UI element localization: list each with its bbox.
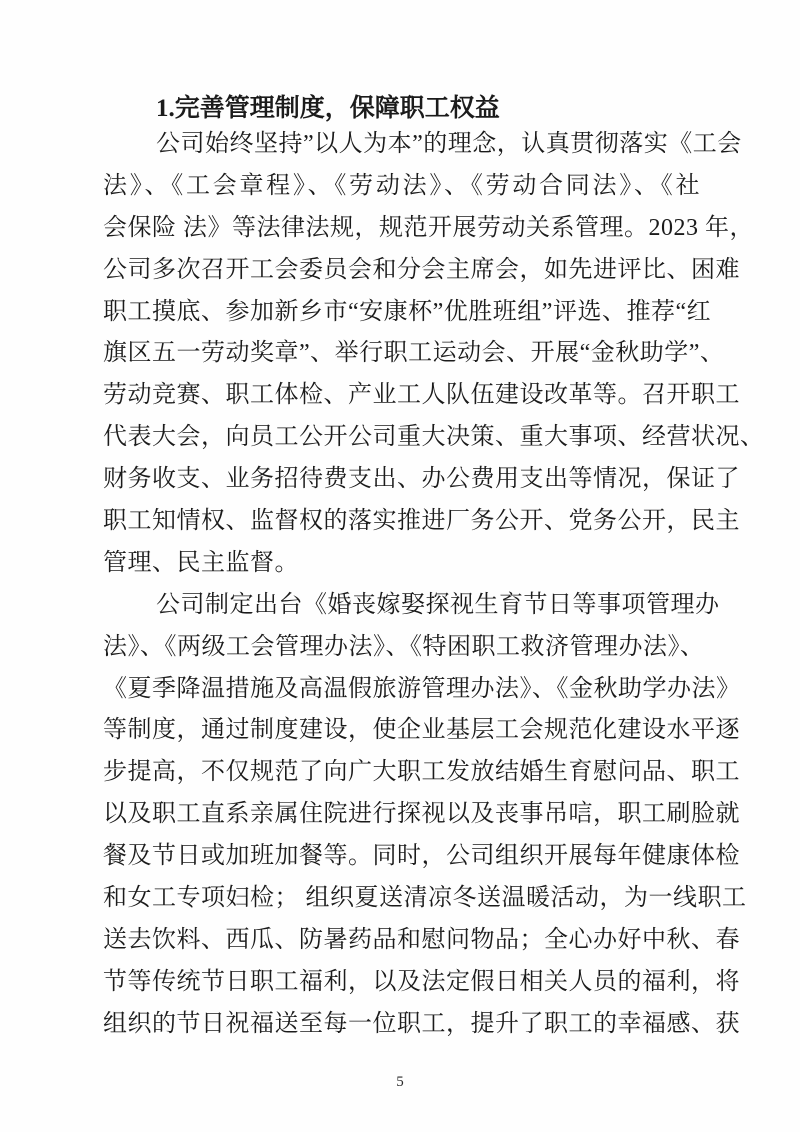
paragraphs: 公司始终坚持”以人为本”的理念，认真贯彻落实《工会法》、《工会章程》、《劳动法》… — [103, 124, 700, 1046]
document-page: 1.完善管理制度，保障职工权益 公司始终坚持”以人为本”的理念，认真贯彻落实《工… — [0, 0, 800, 1132]
paragraph: 公司始终坚持”以人为本”的理念，认真贯彻落实《工会法》、《工会章程》、《劳动法》… — [103, 124, 700, 585]
text-line: 组织的节日祝福送至每一位职工，提升了职工的幸福感、获 — [103, 1004, 700, 1046]
text-line: 公司多次召开工会委员会和分会主席会，如先进评比、困难 — [103, 250, 700, 292]
text-line: 劳动竞赛、职工体检、产业工人队伍建设改革等。召开职工 — [103, 375, 700, 417]
text-line: 《夏季降温措施及高温假旅游管理办法》、《金秋助学办法》 — [103, 669, 700, 711]
text-line: 代表大会，向员工公开公司重大决策、重大事项、经营状况、 — [103, 417, 700, 459]
text-line: 送去饮料、西瓜、防暑药品和慰问物品；全心办好中秋、春 — [103, 920, 700, 962]
text-line: 和女工专项妇检； 组织夏送清凉冬送温暖活动，为一线职工 — [103, 878, 700, 920]
text-line: 旗区五一劳动奖章”、举行职工运动会、开展“金秋助学”、 — [103, 333, 700, 375]
page-footer: 5 — [0, 1074, 800, 1091]
text-line: 管理、民主监督。 — [103, 543, 700, 585]
text-line: 会保险 法》等法律法规，规范开展劳动关系管理。2023 年， — [103, 208, 700, 250]
document-content: 1.完善管理制度，保障职工权益 公司始终坚持”以人为本”的理念，认真贯彻落实《工… — [103, 88, 700, 1046]
text-line: 法》、《两级工会管理办法》、《特困职工救济管理办法》、 — [103, 627, 700, 669]
text-line: 职工知情权、监督权的落实推进厂务公开、党务公开，民主 — [103, 501, 700, 543]
text-line: 餐及节日或加班加餐等。同时，公司组织开展每年健康体检 — [103, 836, 700, 878]
text-line: 步提高，不仅规范了向广大职工发放结婚生育慰问品、职工 — [103, 752, 700, 794]
text-line: 以及职工直系亲属住院进行探视以及丧事吊唁，职工刷脸就 — [103, 794, 700, 836]
text-line: 公司制定出台《婚丧嫁娶探视生育节日等事项管理办 — [103, 585, 700, 627]
paragraph: 公司制定出台《婚丧嫁娶探视生育节日等事项管理办法》、《两级工会管理办法》、《特困… — [103, 585, 700, 1046]
text-line: 节等传统节日职工福利，以及法定假日相关人员的福利，将 — [103, 962, 700, 1004]
text-line: 职工摸底、参加新乡市“安康杯”优胜班组”评选、推荐“红 — [103, 292, 700, 334]
section-heading: 1.完善管理制度，保障职工权益 — [103, 88, 700, 124]
page-number: 5 — [396, 1074, 404, 1090]
text-line: 等制度，通过制度建设，使企业基层工会规范化建设水平逐 — [103, 710, 700, 752]
text-line: 公司始终坚持”以人为本”的理念，认真贯彻落实《工会 — [103, 124, 700, 166]
text-line: 财务收支、业务招待费支出、办公费用支出等情况，保证了 — [103, 459, 700, 501]
text-line: 法》、《工会章程》、《劳动法》、《劳动合同法》、《社 — [103, 166, 700, 208]
